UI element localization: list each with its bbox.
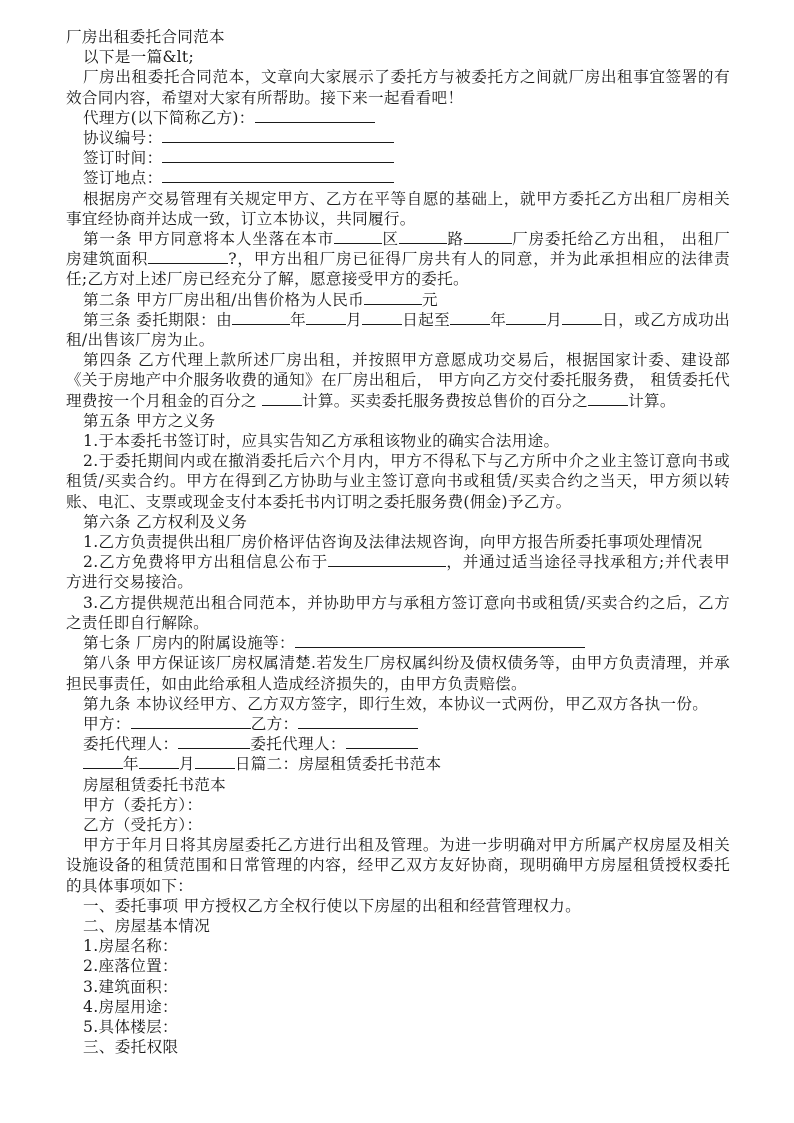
party-a-label: 甲方： [83,715,131,733]
art4-text-b: 计算。买卖委托服务费按总售价的百分之 [302,392,588,410]
area-blank [148,249,228,264]
facilities-blank [295,633,585,648]
part2-title: 房屋租赁委托书范本 [66,775,730,795]
art4-text-c: 计算。 [628,392,676,410]
article-8: 第八条 甲方保证该厂房权属清楚.若发生厂房权属纠纷及债权债务等，由甲方负责清理，… [66,653,730,693]
agreement-no-label: 协议编号： [83,129,162,147]
art3-text: 第三条 委托期限：由 [83,311,232,329]
sign-day-blank [195,754,235,769]
article-3: 第三条 委托期限：由年月日起至年月日，或乙方成功出租/出售该厂房为止。 [66,310,730,350]
article-6-item-3: 3.乙方提供规范出租合同范本，并协助甲方与承租方签订意向书或租赁/买卖合约之后，… [66,593,730,633]
article-6-heading: 第六条 乙方权利及义务 [66,512,730,532]
house-item-area: 3.建筑面积： [66,977,730,997]
article-5-item-2: 2.于委托期间内或在撤消委托后六个月内，甲方不得私下与乙方所中介之业主签订意向书… [66,451,730,512]
signature-parties: 甲方：乙方： [66,714,730,734]
article-1: 第一条 甲方同意将本人坐落在本市区路厂房委托给乙方出租， 出租厂房建筑面积?，甲… [66,229,730,290]
article-5-heading: 第五条 甲方之义务 [66,411,730,431]
rent-percent-blank [262,391,302,406]
part2-section-1: 一、委托事项 甲方授权乙方全权行使以下房屋的出租和经营管理权力。 [66,896,730,916]
price-blank [364,290,422,305]
signature-date: 年月日篇二：房屋租赁委托书范本 [66,754,730,774]
article-6-item-1: 1.乙方负责提供出租厂房价格评估咨询及法律法规咨询，向甲方报告所委托事项处理情况 [66,532,730,552]
agreement-no-field: 协议编号： [66,128,730,148]
agent-blank [255,108,375,123]
article-6-item-2: 2.乙方免费将甲方出租信息公布于，并通过适当途径寻找承租方;并代表甲方进行交易接… [66,552,730,592]
house-item-name: 1.房屋名称： [66,936,730,956]
party-b-blank [298,714,418,729]
article-4: 第四条 乙方代理上款所述厂房出租，并按照甲方意愿成功交易后，根据国家计委、建设部… [66,350,730,411]
sign-time-blank [162,148,394,163]
sale-percent-blank [588,391,628,406]
agent-label: 代理方(以下简称乙方)： [83,109,255,127]
end-year-blank [450,310,490,325]
intro-line: 以下是一篇&lt; [66,47,730,67]
sign-year-blank [83,754,123,769]
year-label: 年 [123,755,139,773]
district-blank [334,229,382,244]
intro-paragraph: 厂房出租委托合同范本，文章向大家展示了委托方与被委托方之间就厂房出租事宜签署的有… [66,67,730,107]
house-item-location: 2.座落位置： [66,956,730,976]
agent-field: 代理方(以下简称乙方)： [66,108,730,128]
number-blank [464,229,512,244]
month-label: 月 [346,311,362,329]
road-blank [399,229,447,244]
month-label: 月 [179,755,195,773]
end-month-blank [506,310,546,325]
preamble: 根据房产交易管理有关规定甲方、乙方在平等自愿的基础上，就甲方委托乙方出租厂房相关… [66,189,730,229]
start-year-blank [232,310,290,325]
sign-month-blank [139,754,179,769]
agreement-no-blank [162,128,394,143]
article-5-item-1: 1.于本委托书签订时，应具实告知乙方承租该物业的确实合法用途。 [66,431,730,451]
agent-a-blank [178,734,250,749]
sign-place-blank [162,168,394,183]
article-2: 第二条 甲方厂房出租/出售价格为人民币元 [66,290,730,310]
publish-channel-blank [328,552,446,567]
end-day-blank [562,310,602,325]
sign-time-field: 签订时间： [66,148,730,168]
part2-heading-inline: 日篇二：房屋租赁委托书范本 [235,755,442,773]
year-label: 年 [490,311,506,329]
start-month-blank [306,310,346,325]
art1-text-b: 区 [382,230,399,248]
party-a-blank [131,714,251,729]
day-from-label: 日起至 [402,311,450,329]
art2-text: 第二条 甲方厂房出租/出售价格为人民币 [83,291,364,309]
part2-party-b: 乙方（受托方）： [66,815,730,835]
part2-section-3: 三、委托权限 [66,1037,730,1057]
agent-b-blank [346,734,418,749]
art1-text-c: 路 [447,230,464,248]
year-label: 年 [290,311,306,329]
agent-a-label: 委托代理人： [83,735,178,753]
document-title: 厂房出租委托合同范本 [66,27,730,47]
article-7: 第七条 厂房内的附属设施等： [66,633,730,653]
part2-party-a: 甲方（委托方）： [66,795,730,815]
art2-unit: 元 [422,291,438,309]
house-item-usage: 4.房屋用途： [66,997,730,1017]
part2-intro: 甲方于年月日将其房屋委托乙方进行出租及管理。为进一步明确对甲方所属产权房屋及相关… [66,835,730,896]
document-page: 厂房出租委托合同范本 以下是一篇&lt; 厂房出租委托合同范本，文章向大家展示了… [66,27,730,1057]
sign-time-label: 签订时间： [83,149,162,167]
art1-text-a: 第一条 甲方同意将本人坐落在本市 [83,230,334,248]
start-day-blank [362,310,402,325]
house-item-floor: 5.具体楼层： [66,1017,730,1037]
art7-text: 第七条 厂房内的附属设施等： [83,634,295,652]
signature-agents: 委托代理人：委托代理人： [66,734,730,754]
art6-item2-text-a: 2.乙方免费将甲方出租信息公布于 [83,553,328,571]
party-b-label: 乙方： [251,715,299,733]
agent-b-label: 委托代理人： [250,735,345,753]
article-9: 第九条 本协议经甲方、乙方双方签字，即行生效，本协议一式两份，甲乙双方各执一份。 [66,694,730,714]
part2-section-2: 二、房屋基本情况 [66,916,730,936]
sign-place-label: 签订地点： [83,169,162,187]
sign-place-field: 签订地点： [66,168,730,188]
month-label: 月 [546,311,562,329]
